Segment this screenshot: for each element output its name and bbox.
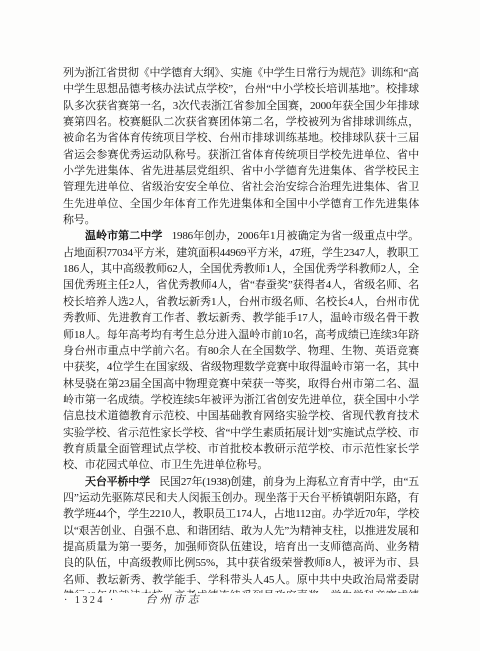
- section-heading: 天台平桥中学: [85, 476, 150, 488]
- page-footer: · 1324 · 台州市志: [64, 591, 420, 607]
- page-text-block: 列为浙江省贯彻《中学德育大纲》、实施《中学生日常行为规范》训练和“高中学生思想品…: [63, 65, 419, 593]
- paragraph-text: 民国27年(1938)创建，前身为上海私立育青中学，由“五四”运动先驱陈荩民和夫…: [63, 476, 419, 593]
- paragraph-continuation: 列为浙江省贯彻《中学德育大纲》、实施《中学生日常行为规范》训练和“高中学生思想品…: [63, 65, 419, 228]
- page-number: · 1324 ·: [64, 595, 116, 606]
- paragraph-text: 列为浙江省贯彻《中学德育大纲》、实施《中学生日常行为规范》训练和“高中学生思想品…: [63, 67, 419, 226]
- document-page: 列为浙江省贯彻《中学德育大纲》、实施《中学生日常行为规范》训练和“高中学生思想品…: [0, 0, 480, 651]
- book-title: 台州市志: [146, 591, 202, 607]
- paragraph-wenling-no2-middle-school: 温岭市第二中学1986年创办，2006年1月被确定为省一级重点中学。占地面积77…: [63, 228, 419, 473]
- paragraph-tiantai-pingqiao-middle-school: 天台平桥中学民国27年(1938)创建，前身为上海私立育青中学，由“五四”运动先…: [63, 474, 419, 593]
- section-heading: 温岭市第二中学: [85, 230, 162, 242]
- paragraph-text: 1986年创办，2006年1月被确定为省一级重点中学。占地面积77034平方米，…: [63, 230, 419, 471]
